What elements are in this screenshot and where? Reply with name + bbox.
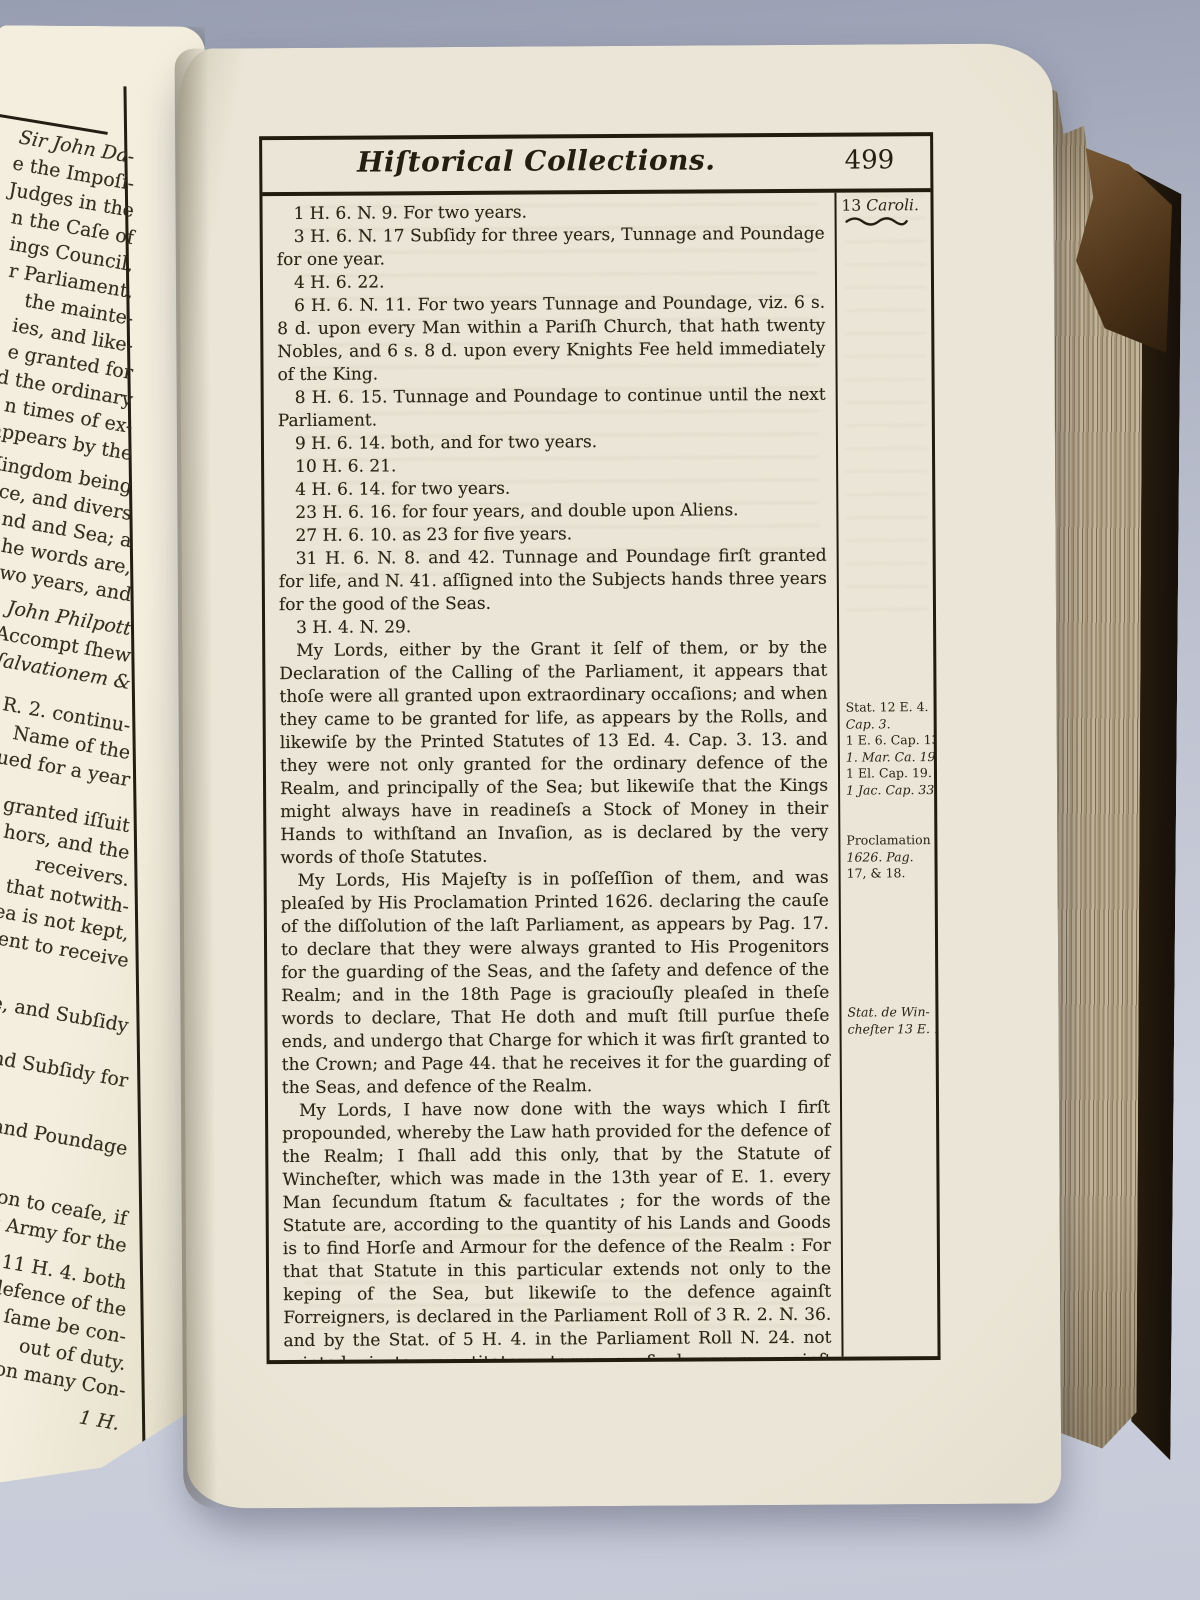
- margin-note-line: Stat. 12 E. 4.: [846, 699, 932, 716]
- statute-entry: 3 H. 4. N. 29.: [279, 614, 827, 640]
- speech-paragraph: My Lords, either by the Grant it ſelf of…: [279, 637, 828, 870]
- page-body: 1 H. 6. N. 9. For two years. 3 H. 6. N. …: [262, 192, 937, 1360]
- left-page-text-group: R. 2. continu- Name of the nued for a ye…: [0, 711, 130, 794]
- margin-note-line: Stat. de Win-: [847, 1004, 933, 1021]
- statute-entry: 3 H. 6. N. 17 Subſidy for three years, T…: [277, 223, 825, 272]
- statute-entry: 27 H. 6. 10. as 23 for five years.: [278, 522, 826, 548]
- left-page-text-group: and Subſidy for: [0, 1066, 128, 1095]
- left-page-text-group: Sir John Da- e the Impoſi- Judges in the…: [0, 142, 134, 468]
- statute-entry: 1 H. 6. N. 9. For two years.: [276, 200, 824, 226]
- left-page-text-group: John Philpott Accompt ſhew ſalvationem &: [0, 614, 131, 697]
- statute-entry: 9 H. 6. 14. both, and for two years.: [278, 430, 826, 456]
- printed-frame: Hiſtorical Collections. 499 1 H. 6. N. 9…: [259, 132, 940, 1364]
- margin-notes-column: 13 Caroli. Stat. 12 E. 4. Cap. 3. 1 E. 6…: [834, 192, 937, 1357]
- right-page: Hiſtorical Collections. 499 1 H. 6. N. 9…: [179, 43, 1062, 1508]
- left-page-text-group: e and Poundage: [0, 1134, 127, 1163]
- speech-paragraph: My Lords, I have now done with the ways …: [282, 1097, 832, 1360]
- statute-entry: 23 H. 6. 16. for four years, and double …: [278, 499, 826, 525]
- margin-note-statutes: Stat. 12 E. 4. Cap. 3. 1 E. 6. Cap. 13. …: [846, 699, 933, 799]
- margin-note-line: 1. Mar. Ca. 19.: [846, 749, 932, 766]
- margin-note-line: 1626. Pag.: [846, 849, 932, 866]
- margin-note-line: Cap. 3.: [846, 716, 932, 733]
- main-text-column: 1 H. 6. N. 9. For two years. 3 H. 6. N. …: [262, 193, 841, 1360]
- left-page-text-group: 4. 11 H. 4. both defence of the the ſame…: [0, 1268, 126, 1405]
- margin-note-line: 1 Jac. Cap. 33.: [846, 782, 932, 799]
- left-page-text-group: Kingdom being ce, and divers nd and Sea;…: [0, 472, 132, 609]
- left-page: Sir John Da- e the Impoſi- Judges in the…: [0, 25, 205, 1488]
- margin-note-line: Proclamation: [846, 832, 932, 849]
- regnal-year-flourish-icon: [844, 215, 910, 227]
- left-page-text: Sir John Da- e the Impoſi- Judges in the…: [0, 142, 134, 1438]
- left-page-line: e and Poundage: [0, 1088, 130, 1163]
- margin-note-winchester: Stat. de Win- cheſter 13 E. 1.: [847, 1004, 933, 1038]
- margin-note-line: 17, & 18.: [847, 865, 933, 882]
- statute-entry: 4 H. 6. 14. for two years.: [278, 476, 826, 502]
- page-header: Hiſtorical Collections. 499: [262, 136, 930, 192]
- running-title: Hiſtorical Collections.: [262, 143, 810, 179]
- regnal-year-word: Caroli.: [866, 196, 919, 214]
- regnal-year-note: 13 Caroli.: [841, 197, 919, 227]
- page-number: 499: [845, 145, 895, 175]
- margin-note-line: cheſter 13 E. 1.: [848, 1021, 934, 1038]
- statute-entry: 6 H. 6. N. 11. For two years Tunnage and…: [277, 292, 826, 387]
- margin-note-line: 1 El. Cap. 19.: [846, 765, 932, 782]
- statute-entry: 4 H. 6. 22.: [277, 269, 825, 295]
- statute-entry: 10 H. 6. 21.: [278, 453, 826, 479]
- margin-note-proclamation: Proclamation 1626. Pag. 17, & 18.: [846, 832, 932, 882]
- statute-entry: 8 H. 6. 15. Tunnage and Poundage to cont…: [278, 384, 826, 433]
- left-page-text-group: e, and Subſidy: [0, 1011, 128, 1040]
- left-page-catchword: 1 H.: [0, 1409, 125, 1438]
- left-page-line: e, and Subſidy: [0, 965, 130, 1040]
- left-page-text-group: ge granted iſſuit l hors, and the receiv…: [0, 811, 130, 975]
- margin-note-line: 1 E. 6. Cap. 13.: [846, 732, 932, 749]
- statute-entry: 31 H. 6. N. 8. and 42. Tunnage and Pound…: [279, 545, 827, 617]
- speech-paragraph: My Lords, His Majeſty is in poſſeſſion o…: [281, 867, 830, 1100]
- regnal-year-number: 13: [841, 197, 861, 215]
- photo-scene: Sir John Da- e the Impoſi- Judges in the…: [0, 0, 1200, 1600]
